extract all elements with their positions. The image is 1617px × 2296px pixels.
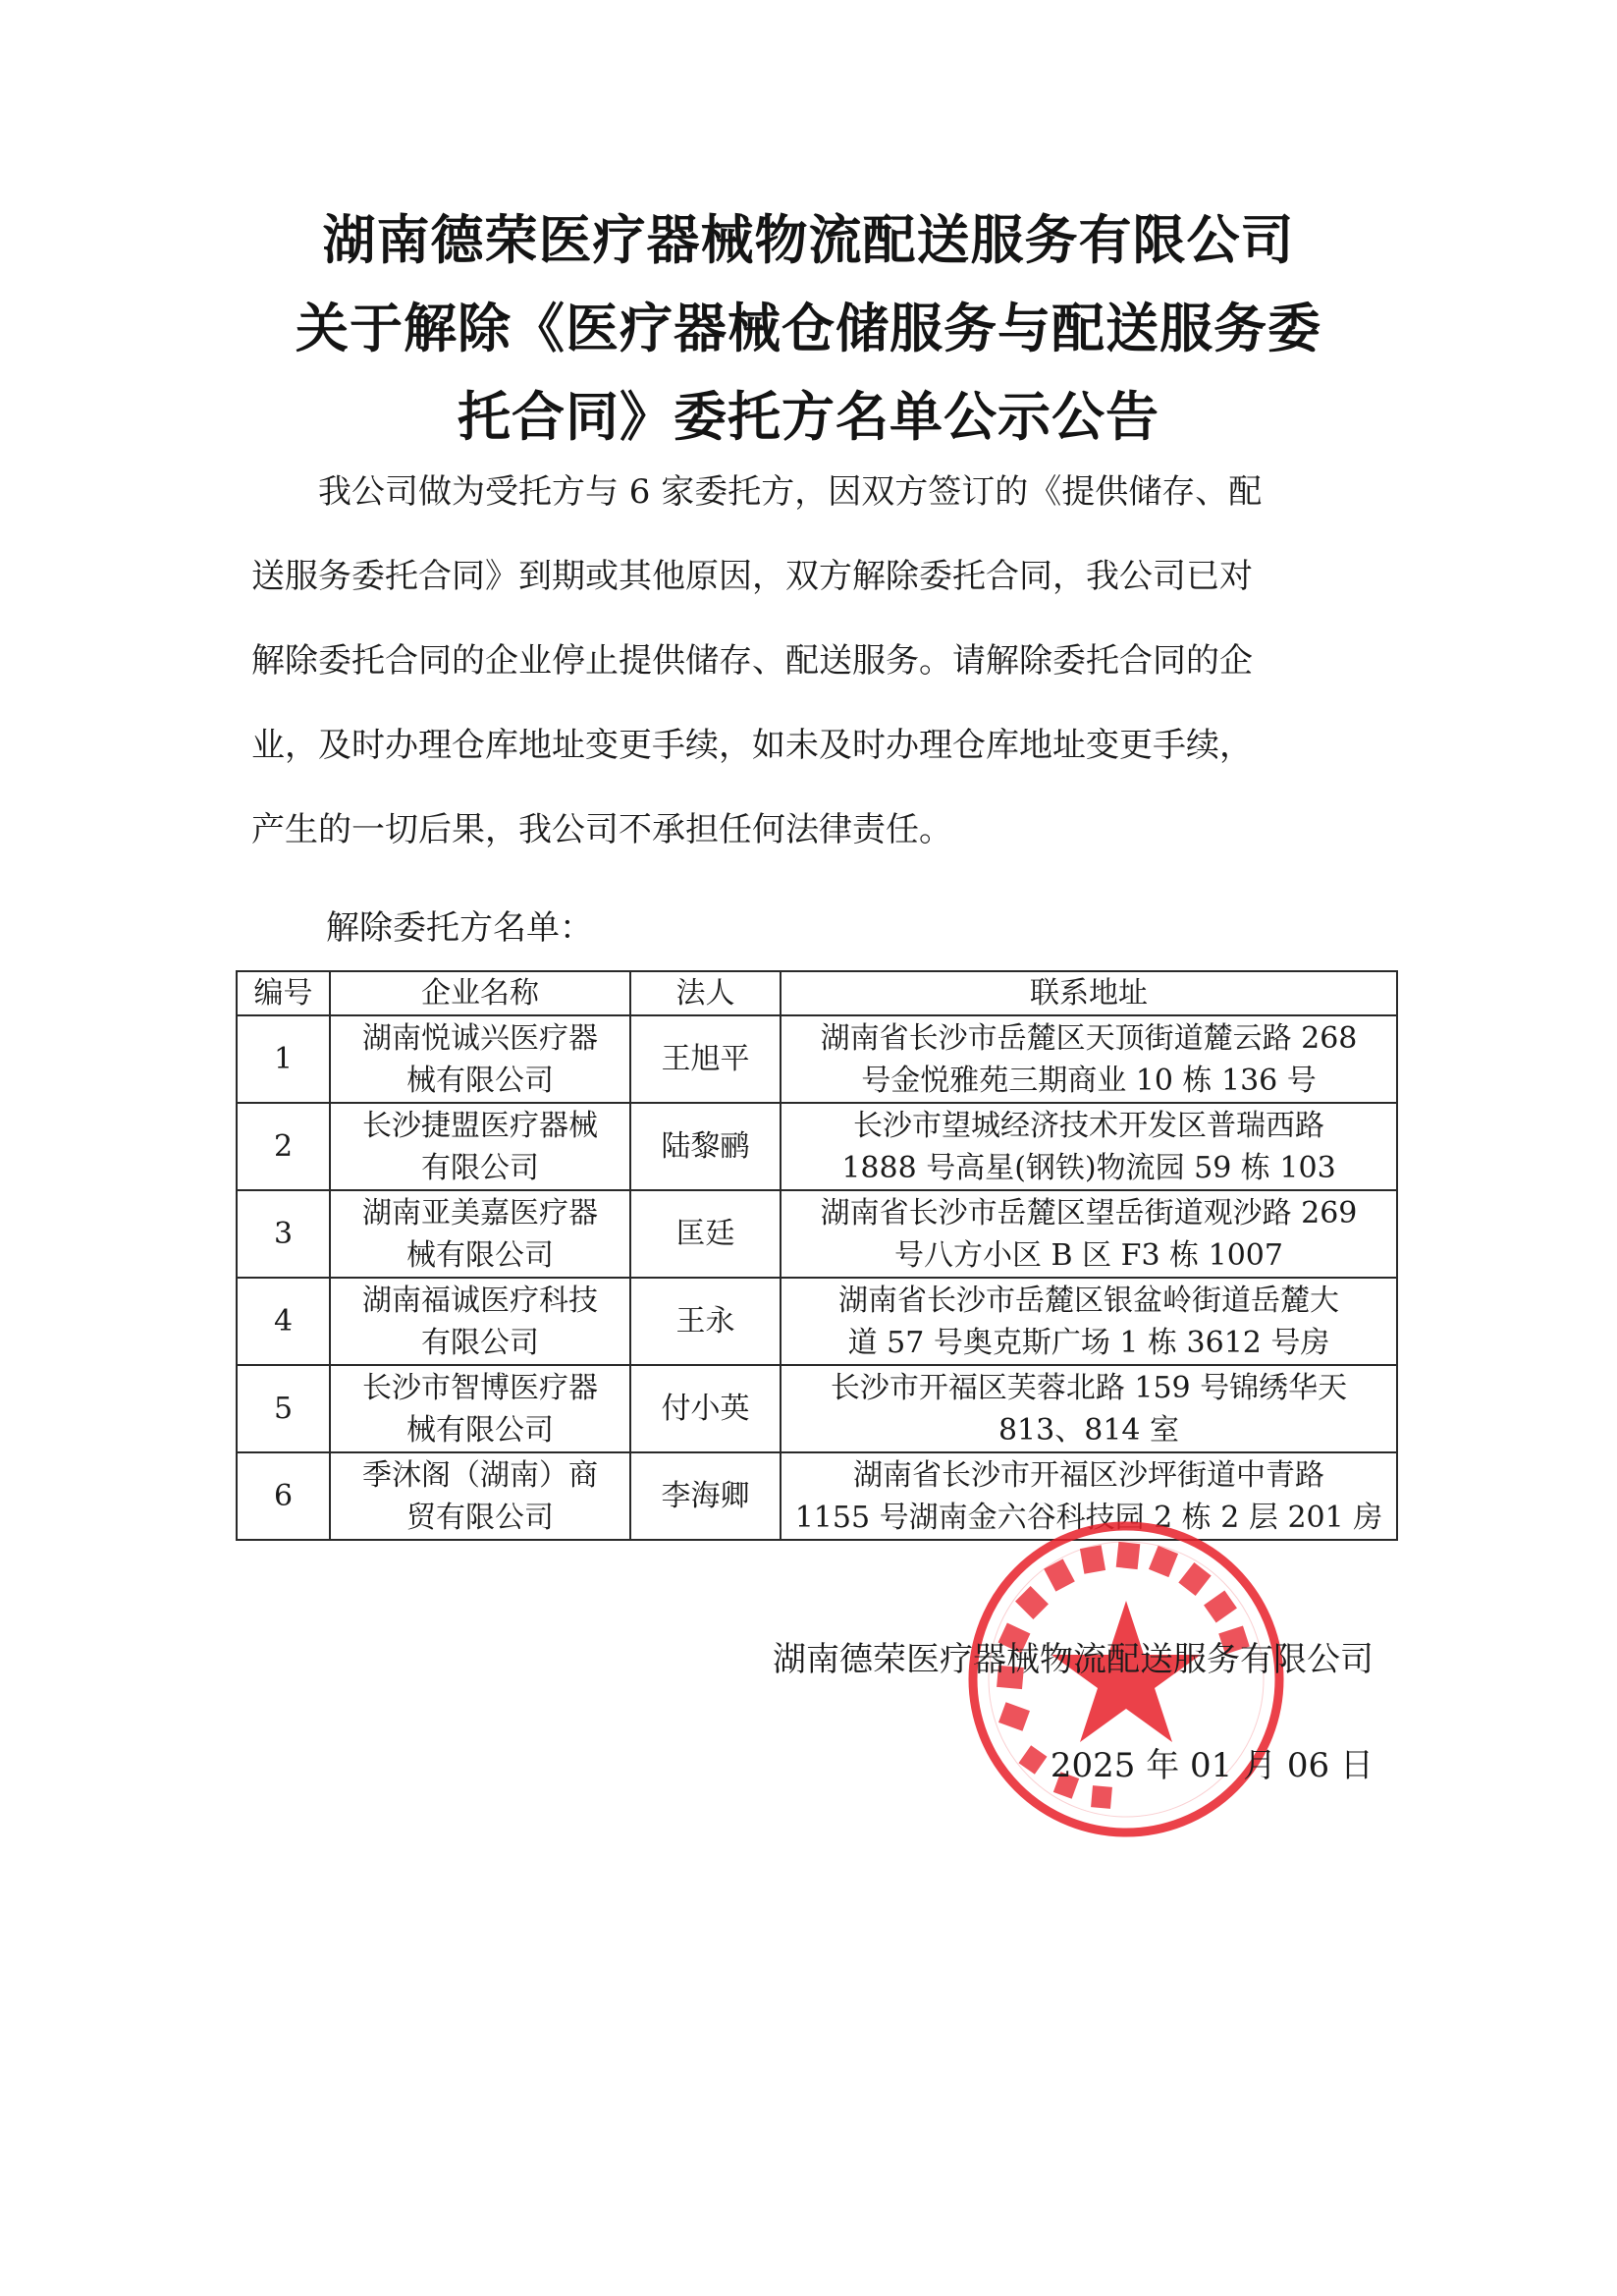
- list-caption: 解除委托方名单：: [326, 899, 593, 957]
- cell-address: 湖南省长沙市岳麓区银盆岭街道岳麓大 道 57 号奥克斯广场 1 栋 3612 号…: [781, 1278, 1397, 1365]
- company-name-line: 季沐阁（湖南）商: [335, 1454, 625, 1497]
- notice-body: 我公司做为受托方与 6 家委托方，因双方签订的《提供储存、配 送服务委托合同》到…: [251, 450, 1378, 872]
- body-line-5: 产生的一切后果，我公司不承担任何法律责任。: [251, 788, 1378, 872]
- company-name-line: 械有限公司: [335, 1409, 625, 1451]
- address-line: 813、814 室: [785, 1409, 1392, 1451]
- cell-legal-rep: 陆黎鹂: [630, 1103, 781, 1190]
- address-line: 1888 号高星(钢铁)物流园 59 栋 103: [785, 1147, 1392, 1189]
- cell-company-name: 湖南亚美嘉医疗器 械有限公司: [330, 1190, 630, 1278]
- table-row: 5 长沙市智博医疗器 械有限公司 付小英 长沙市开福区芙蓉北路 159 号锦绣华…: [237, 1365, 1397, 1452]
- company-name-line: 械有限公司: [335, 1234, 625, 1277]
- company-name-line: 长沙市智博医疗器: [335, 1367, 625, 1409]
- cell-address: 湖南省长沙市开福区沙坪街道中青路 1155 号湖南金六谷科技园 2 栋 2 层 …: [781, 1452, 1397, 1540]
- header-legal-rep: 法人: [630, 971, 781, 1015]
- cell-company-name: 长沙捷盟医疗器械 有限公司: [330, 1103, 630, 1190]
- address-line: 湖南省长沙市岳麓区望岳街道观沙路 269: [785, 1192, 1392, 1234]
- table-row: 2 长沙捷盟医疗器械 有限公司 陆黎鹂 长沙市望城经济技术开发区普瑞西路 188…: [237, 1103, 1397, 1190]
- cell-number: 6: [237, 1452, 330, 1540]
- table-row: 1 湖南悦诚兴医疗器 械有限公司 王旭平 湖南省长沙市岳麓区天顶街道麓云路 26…: [237, 1015, 1397, 1103]
- address-line: 1155 号湖南金六谷科技园 2 栋 2 层 201 房: [785, 1497, 1392, 1539]
- cell-address: 湖南省长沙市岳麓区望岳街道观沙路 269 号八方小区 B 区 F3 栋 1007: [781, 1190, 1397, 1278]
- body-line-2: 送服务委托合同》到期或其他原因，双方解除委托合同，我公司已对: [251, 534, 1378, 619]
- address-line: 长沙市望城经济技术开发区普瑞西路: [785, 1105, 1392, 1147]
- header-number: 编号: [237, 971, 330, 1015]
- cell-legal-rep: 王永: [630, 1278, 781, 1365]
- signature-date: 2025 年 01 月 06 日: [773, 1736, 1374, 1795]
- header-address: 联系地址: [781, 971, 1397, 1015]
- address-line: 号金悦雅苑三期商业 10 栋 136 号: [785, 1060, 1392, 1102]
- cell-number: 5: [237, 1365, 330, 1452]
- company-name-line: 长沙捷盟医疗器械: [335, 1105, 625, 1147]
- table-header-row: 编号 企业名称 法人 联系地址: [237, 971, 1397, 1015]
- title-line-3: 托合同》委托方名单公示公告: [196, 373, 1421, 462]
- cell-number: 2: [237, 1103, 330, 1190]
- title-line-2: 关于解除《医疗器械仓储服务与配送服务委: [196, 285, 1421, 373]
- cell-company-name: 湖南悦诚兴医疗器 械有限公司: [330, 1015, 630, 1103]
- company-name-line: 有限公司: [335, 1147, 625, 1189]
- cell-legal-rep: 王旭平: [630, 1015, 781, 1103]
- address-line: 号八方小区 B 区 F3 栋 1007: [785, 1234, 1392, 1277]
- table-row: 6 季沐阁（湖南）商 贸有限公司 李海卿 湖南省长沙市开福区沙坪街道中青路 11…: [237, 1452, 1397, 1540]
- company-name-line: 械有限公司: [335, 1060, 625, 1102]
- table-row: 4 湖南福诚医疗科技 有限公司 王永 湖南省长沙市岳麓区银盆岭街道岳麓大 道 5…: [237, 1278, 1397, 1365]
- address-line: 湖南省长沙市岳麓区银盆岭街道岳麓大: [785, 1280, 1392, 1322]
- terminated-clients-table: 编号 企业名称 法人 联系地址 1 湖南悦诚兴医疗器 械有限公司 王旭平 湖南省…: [236, 970, 1398, 1541]
- company-name-line: 贸有限公司: [335, 1497, 625, 1539]
- company-name-line: 湖南亚美嘉医疗器: [335, 1192, 625, 1234]
- company-name-line: 湖南福诚医疗科技: [335, 1280, 625, 1322]
- address-line: 湖南省长沙市岳麓区天顶街道麓云路 268: [785, 1017, 1392, 1060]
- cell-company-name: 季沐阁（湖南）商 贸有限公司: [330, 1452, 630, 1540]
- signature-block: 湖南德荣医疗器械物流配送服务有限公司 2025 年 01 月 06 日: [773, 1630, 1374, 1795]
- signature-company: 湖南德荣医疗器械物流配送服务有限公司: [773, 1630, 1374, 1689]
- body-line-3: 解除委托合同的企业停止提供储存、配送服务。请解除委托合同的企: [251, 619, 1378, 703]
- address-line: 湖南省长沙市开福区沙坪街道中青路: [785, 1454, 1392, 1497]
- cell-address: 长沙市开福区芙蓉北路 159 号锦绣华天 813、814 室: [781, 1365, 1397, 1452]
- body-line-4: 业，及时办理仓库地址变更手续，如未及时办理仓库地址变更手续，: [251, 703, 1378, 788]
- address-line: 长沙市开福区芙蓉北路 159 号锦绣华天: [785, 1367, 1392, 1409]
- cell-company-name: 湖南福诚医疗科技 有限公司: [330, 1278, 630, 1365]
- cell-number: 4: [237, 1278, 330, 1365]
- body-line-1: 我公司做为受托方与 6 家委托方，因双方签订的《提供储存、配: [251, 450, 1378, 534]
- address-line: 道 57 号奥克斯广场 1 栋 3612 号房: [785, 1322, 1392, 1364]
- cell-company-name: 长沙市智博医疗器 械有限公司: [330, 1365, 630, 1452]
- company-name-line: 有限公司: [335, 1322, 625, 1364]
- title-line-1: 湖南德荣医疗器械物流配送服务有限公司: [196, 196, 1421, 285]
- cell-address: 长沙市望城经济技术开发区普瑞西路 1888 号高星(钢铁)物流园 59 栋 10…: [781, 1103, 1397, 1190]
- header-company-name: 企业名称: [330, 971, 630, 1015]
- notice-title: 湖南德荣医疗器械物流配送服务有限公司 关于解除《医疗器械仓储服务与配送服务委 托…: [196, 196, 1421, 462]
- cell-number: 1: [237, 1015, 330, 1103]
- table-row: 3 湖南亚美嘉医疗器 械有限公司 匡廷 湖南省长沙市岳麓区望岳街道观沙路 269…: [237, 1190, 1397, 1278]
- cell-legal-rep: 李海卿: [630, 1452, 781, 1540]
- cell-legal-rep: 付小英: [630, 1365, 781, 1452]
- cell-address: 湖南省长沙市岳麓区天顶街道麓云路 268 号金悦雅苑三期商业 10 栋 136 …: [781, 1015, 1397, 1103]
- notice-page: 湖南德荣医疗器械物流配送服务有限公司 关于解除《医疗器械仓储服务与配送服务委 托…: [0, 0, 1617, 2296]
- company-name-line: 湖南悦诚兴医疗器: [335, 1017, 625, 1060]
- cell-legal-rep: 匡廷: [630, 1190, 781, 1278]
- cell-number: 3: [237, 1190, 330, 1278]
